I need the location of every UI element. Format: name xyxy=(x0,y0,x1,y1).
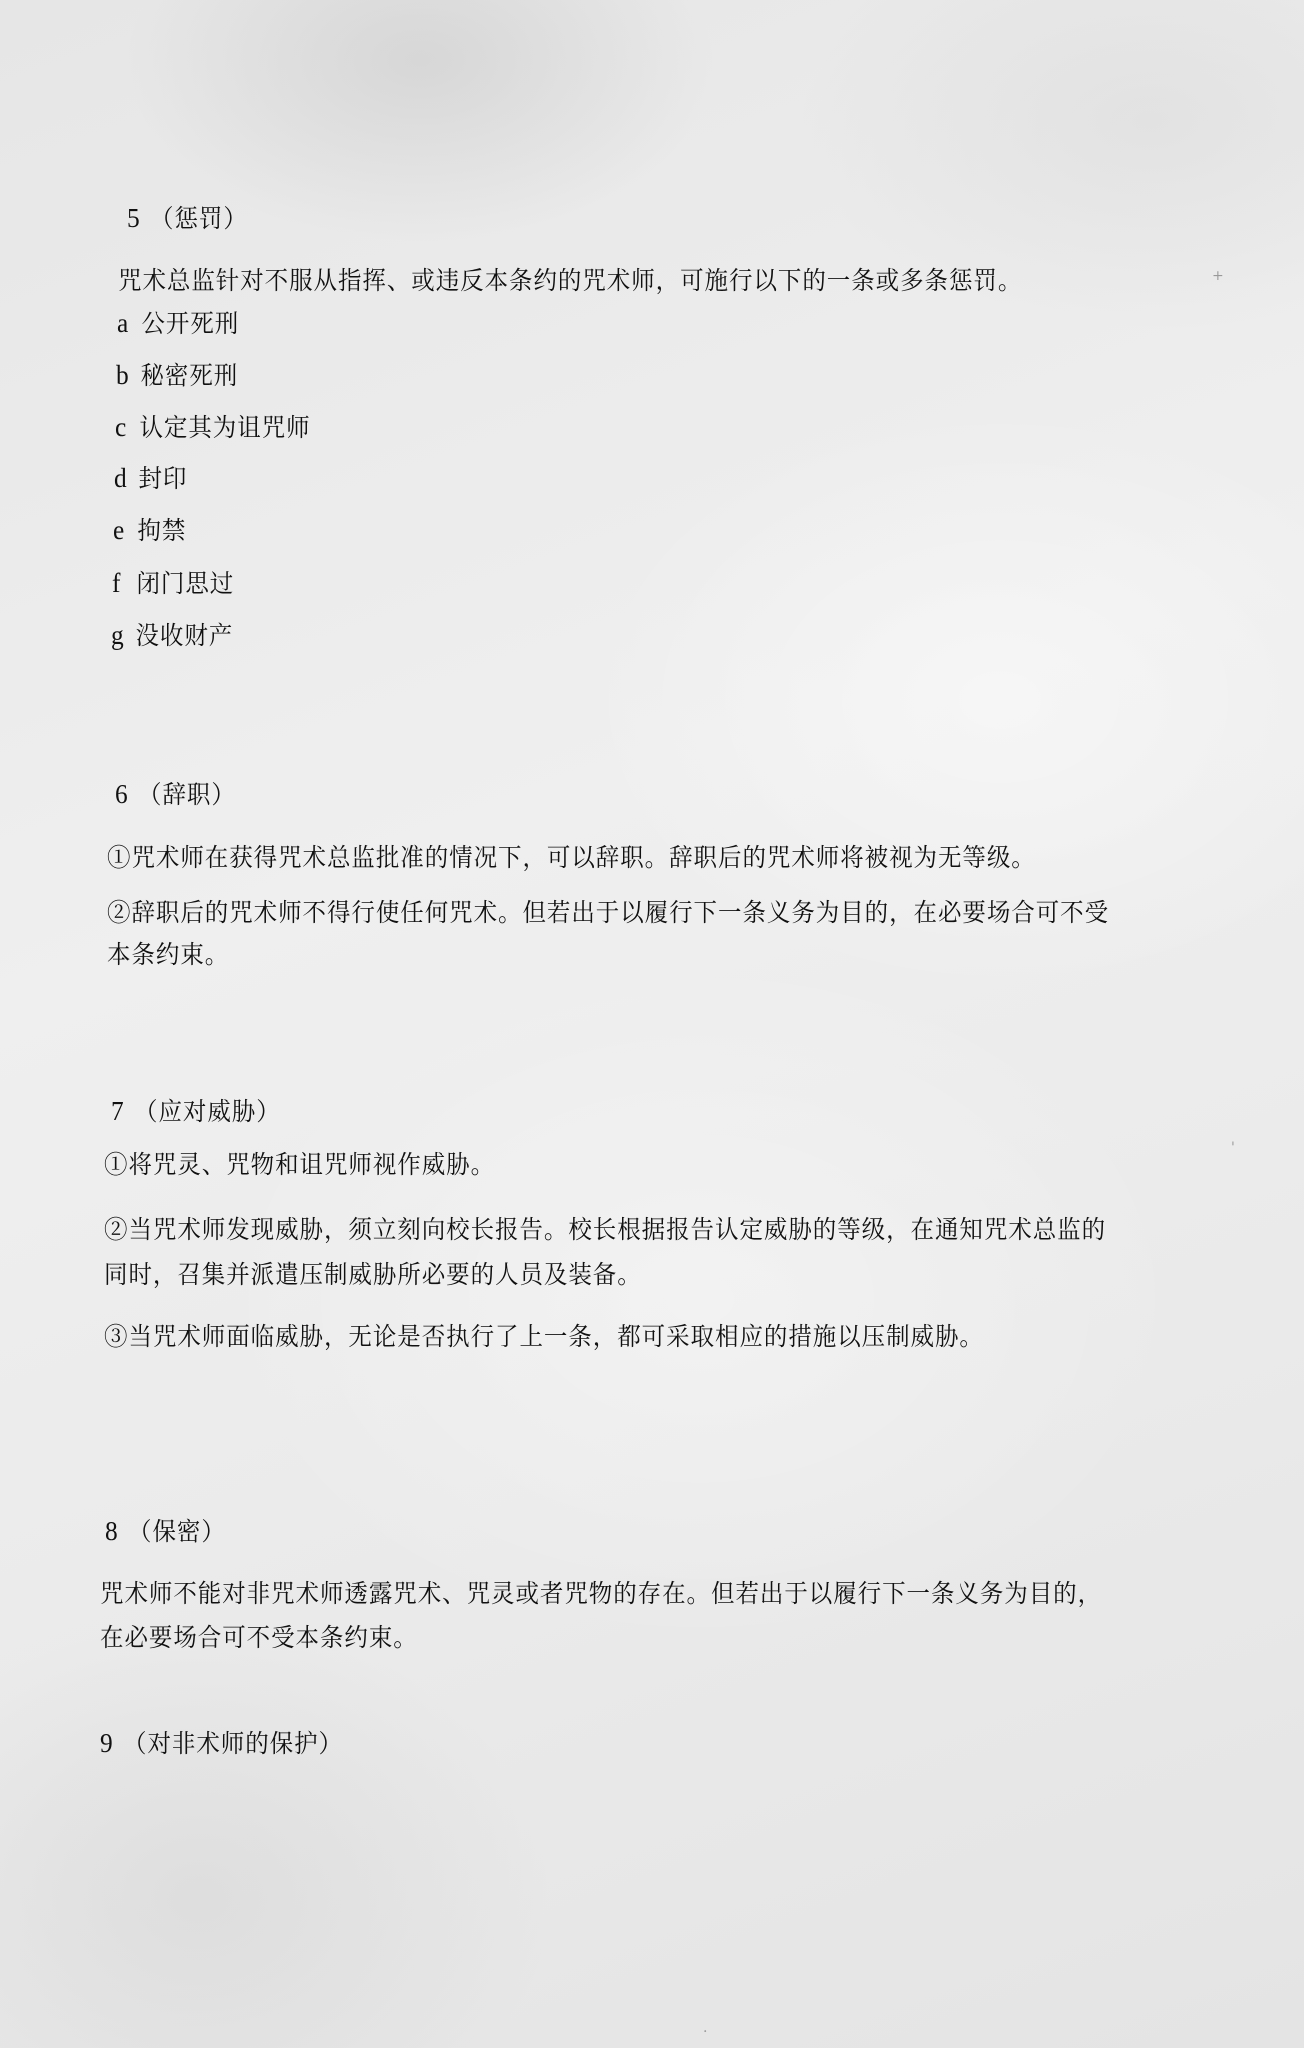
section-number: 8 xyxy=(105,1516,119,1546)
list-item: a公开死刑 xyxy=(117,308,239,339)
section-7-body-line: ③当咒术师面临威胁，无论是否执行了上一条，都可采取相应的措施以压制威胁。 xyxy=(104,1322,984,1352)
section-9-heading: 9（对非术师的保护） xyxy=(100,1728,343,1759)
section-title: （对非术师的保护） xyxy=(123,1729,343,1758)
section-7-body-line: ①将咒灵、咒物和诅咒师视作威胁。 xyxy=(104,1150,495,1180)
section-6-body-line: ②辞职后的咒术师不得行使任何咒术。但若出于以履行下一条义务为目的，在必要场合可不… xyxy=(107,898,1109,928)
section-7-heading: 7（应对威胁） xyxy=(111,1096,281,1127)
section-title: （应对威胁） xyxy=(134,1097,281,1126)
section-6-heading: 6（辞职） xyxy=(115,779,236,810)
section-7-body-line: 同时，召集并派遣压制威胁所必要的人员及装备。 xyxy=(104,1260,642,1290)
section-7-body-line: ②当咒术师发现威胁，须立刻向校长报告。校长根据报告认定威胁的等级，在通知咒术总监… xyxy=(104,1215,1106,1245)
list-item: c认定其为诅咒师 xyxy=(115,412,311,443)
section-8-heading: 8（保密） xyxy=(105,1516,226,1547)
paper-speck: . xyxy=(703,2020,707,2036)
section-6-body-line: 本条约束。 xyxy=(107,940,229,970)
section-number: 6 xyxy=(115,779,129,809)
paper-speck: ' xyxy=(1231,1140,1235,1156)
list-item: b秘密死刑 xyxy=(116,360,238,391)
section-title: （惩罚） xyxy=(150,204,248,233)
list-item: d封印 xyxy=(114,463,187,494)
section-number: 7 xyxy=(111,1096,125,1126)
section-title: （保密） xyxy=(128,1517,226,1546)
section-number: 5 xyxy=(127,203,141,233)
section-5-body-line: 咒术总监针对不服从指挥、或违反本条约的咒术师，可施行以下的一条或多条惩罚。 xyxy=(118,266,1022,296)
section-title: （辞职） xyxy=(138,780,236,809)
section-6-body-line: ①咒术师在获得咒术总监批准的情况下，可以辞职。辞职后的咒术师将被视为无等级。 xyxy=(107,843,1036,873)
section-5-heading: 5（惩罚） xyxy=(127,203,248,234)
section-8-body-line: 咒术师不能对非咒术师透露咒术、咒灵或者咒物的存在。但若出于以履行下一条义务为目的… xyxy=(100,1579,1102,1609)
paper-speck: + xyxy=(1212,268,1224,284)
list-item: f闭门思过 xyxy=(112,568,234,599)
section-number: 9 xyxy=(100,1728,114,1758)
section-8-body-line: 在必要场合可不受本条约束。 xyxy=(100,1623,418,1653)
list-item: e拘禁 xyxy=(113,515,186,546)
list-item: g没收财产 xyxy=(111,620,233,651)
